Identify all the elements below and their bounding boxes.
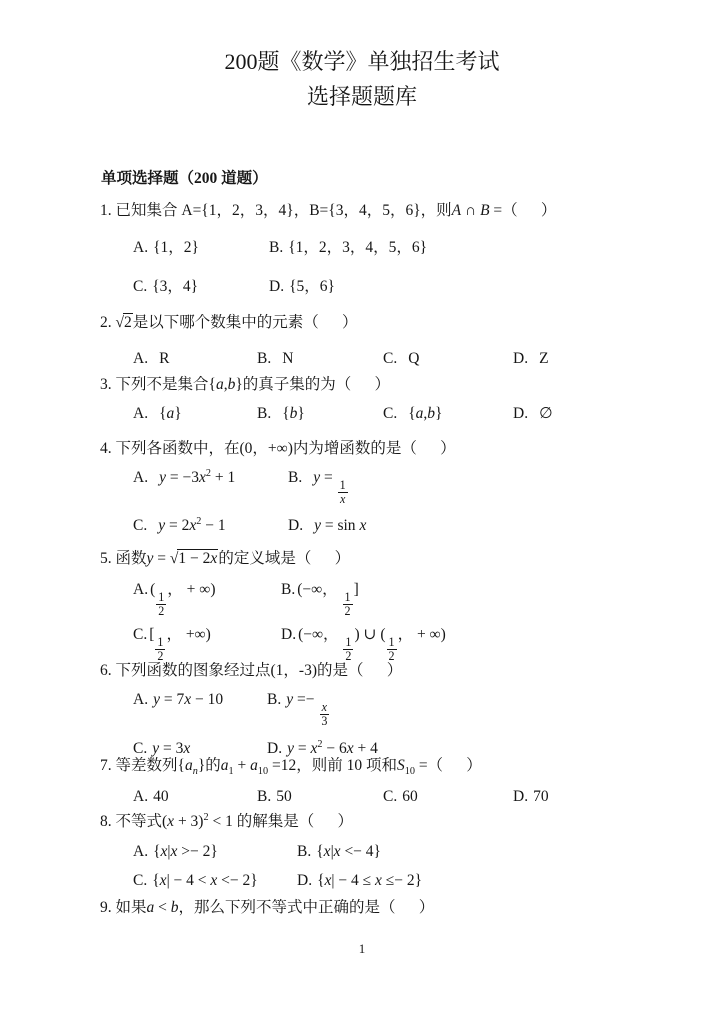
question-8-option-c: C.{x| − 4 < x <− 2}	[133, 870, 297, 892]
option-value: {1，2}	[153, 239, 199, 256]
question-8-options: A.{x|x >− 2} B.{x|x <− 4} C.{x| − 4 < x …	[133, 841, 422, 892]
question-1-option-b: B.{1，2，3，4，5，6}	[269, 237, 427, 259]
question-5-option-d: D.(−∞， 12) ∪ (12， + ∞)	[281, 624, 446, 663]
option-value: 60	[402, 788, 418, 805]
question-4-stem: 4. 下列各函数中，在(0，+∞)内为增函数的是（ ）	[100, 438, 456, 460]
option-value: y = −3x2 + 1	[159, 469, 235, 486]
question-2-option-b: B.N	[257, 348, 383, 370]
document-title-line2: 选择题题库	[0, 84, 724, 110]
question-2-option-d: D.Z	[513, 348, 549, 370]
question-4-option-a: A.y = −3x2 + 1	[133, 467, 288, 506]
option-value: (−∞， 12]	[297, 581, 359, 598]
question-1-option-a: A.{1，2}	[133, 237, 269, 259]
option-value: Q	[408, 350, 419, 367]
question-8-option-b: B.{x|x <− 4}	[297, 841, 422, 863]
section-header: 单项选择题（200 道题）	[101, 166, 268, 188]
question-8-option-a: A.{x|x >− 2}	[133, 841, 297, 863]
option-value: {b}	[282, 405, 305, 422]
question-9-stem: 9. 如果a < b，那么下列不等式中正确的是（ ）	[100, 897, 434, 919]
option-label: C.	[383, 350, 397, 367]
question-5-stem: 5. 函数y = √1 − 2x的定义域是（ ）	[100, 548, 350, 570]
option-label: A.	[133, 788, 148, 805]
question-5-option-b: B.(−∞， 12]	[281, 579, 446, 618]
option-label: B.	[297, 843, 311, 860]
option-value: Z	[539, 350, 548, 367]
option-label: C.	[133, 872, 147, 889]
option-label: D.	[288, 517, 303, 534]
question-1-stem: 1. 已知集合 A={1，2，3，4}，B={3，4，5，6}，则A ∩ B =…	[100, 200, 556, 222]
document-title-line1: 200题《数学》单独招生考试	[0, 49, 724, 75]
option-value: ∅	[539, 405, 553, 422]
question-3-option-c: C.{a,b}	[383, 403, 513, 425]
option-value: y = sin x	[314, 517, 366, 534]
option-label: C.	[133, 517, 147, 534]
option-value: {x| − 4 ≤ x ≤− 2}	[317, 872, 422, 889]
question-5-option-a: A.(12， + ∞)	[133, 579, 281, 618]
option-value: y = 2x2 − 1	[158, 517, 225, 534]
page-number: 1	[0, 941, 724, 957]
option-value: (12， + ∞)	[150, 581, 215, 598]
question-2-option-a: A.R	[133, 348, 257, 370]
option-label: B.	[288, 469, 302, 486]
option-value: 40	[153, 788, 169, 805]
question-3-option-a: A.{a}	[133, 403, 257, 425]
question-2-option-c: C.Q	[383, 348, 513, 370]
question-6-stem: 6. 下列函数的图象经过点(1，-3)的是（ ）	[100, 660, 402, 682]
question-4-option-d: D.y = sin x	[288, 515, 366, 537]
question-3-stem: 3. 下列不是集合{a,b}的真子集的为（ ）	[100, 374, 390, 396]
option-value: N	[282, 350, 293, 367]
option-value: {3，4}	[152, 278, 198, 295]
option-value: (−∞， 12) ∪ (12， + ∞)	[298, 626, 446, 643]
question-7-option-b: B.50	[257, 786, 383, 808]
option-label: B.	[257, 788, 271, 805]
question-7-options: A.40 B.50 C.60 D.70	[133, 786, 549, 808]
question-4-option-b: B.y = 1x	[288, 467, 366, 506]
question-4-option-c: C.y = 2x2 − 1	[133, 515, 288, 537]
option-label: A.	[133, 350, 148, 367]
option-label: C.	[133, 278, 147, 295]
option-label: A.	[133, 691, 148, 708]
option-label: B.	[257, 350, 271, 367]
question-1-options: A.{1，2} B.{1，2，3，4，5，6} C.{3，4} D.{5，6}	[133, 237, 427, 298]
question-1-option-d: D.{5，6}	[269, 276, 427, 298]
question-5-options: A.(12， + ∞) B.(−∞， 12] C.[12， +∞) D.(−∞，…	[133, 579, 446, 663]
option-value: 70	[533, 788, 549, 805]
exam-document-page: 200题《数学》单独招生考试 选择题题库 单项选择题（200 道题） 1. 已知…	[0, 0, 724, 1024]
option-label: D.	[297, 872, 312, 889]
option-label: A.	[133, 405, 148, 422]
option-label: B.	[267, 691, 281, 708]
option-label: C.	[383, 788, 397, 805]
question-6-option-b: B.y =− x3	[267, 689, 378, 728]
option-label: D.	[513, 405, 528, 422]
question-6-options: A.y = 7x − 10 B.y =− x3 C.y = 3x D.y = x…	[133, 689, 378, 760]
question-3-option-b: B.{b}	[257, 403, 383, 425]
question-2-options: A.R B.N C.Q D.Z	[133, 348, 549, 370]
option-label: B.	[269, 239, 283, 256]
option-label: C.	[383, 405, 397, 422]
option-value: [12， +∞)	[149, 626, 211, 643]
question-7-option-c: C.60	[383, 786, 513, 808]
option-label: A.	[133, 469, 148, 486]
option-label: B.	[281, 581, 295, 598]
question-3-option-d: D.∅	[513, 403, 553, 425]
option-value: {a,b}	[408, 405, 442, 422]
question-8-stem: 8. 不等式(x + 3)2 < 1 的解集是（ ）	[100, 811, 353, 833]
option-label: B.	[257, 405, 271, 422]
option-value: {1，2，3，4，5，6}	[288, 239, 427, 256]
option-label: D.	[269, 278, 284, 295]
question-5-option-c: C.[12， +∞)	[133, 624, 281, 663]
question-8-option-d: D.{x| − 4 ≤ x ≤− 2}	[297, 870, 422, 892]
question-1-option-c: C.{3，4}	[133, 276, 269, 298]
option-value: {a}	[159, 405, 182, 422]
option-label: D.	[281, 626, 296, 643]
option-label: D.	[513, 788, 528, 805]
option-label: D.	[513, 350, 528, 367]
option-value: R	[159, 350, 169, 367]
option-value: y = 1x	[313, 469, 348, 486]
question-3-options: A.{a} B.{b} C.{a,b} D.∅	[133, 403, 553, 425]
option-value: {x|x <− 4}	[316, 843, 381, 860]
question-6-option-a: A.y = 7x − 10	[133, 689, 267, 728]
question-7-stem: 7. 等差数列{an}的a1 + a10 =12，则前 10 项和S10 =（ …	[100, 755, 482, 777]
option-value: y = 7x − 10	[153, 691, 223, 708]
option-value: y =− x3	[286, 691, 330, 708]
option-label: A.	[133, 843, 148, 860]
option-label: A.	[133, 581, 148, 598]
option-value: {x|x >− 2}	[153, 843, 218, 860]
option-value: {5，6}	[289, 278, 335, 295]
option-value: 50	[276, 788, 292, 805]
option-label: C.	[133, 626, 147, 643]
question-2-stem: 2. √2是以下哪个数集中的元素（ ）	[100, 312, 358, 334]
question-7-option-a: A.40	[133, 786, 257, 808]
option-label: A.	[133, 239, 148, 256]
option-value: {x| − 4 < x <− 2}	[152, 872, 258, 889]
question-7-option-d: D.70	[513, 786, 549, 808]
question-4-options: A.y = −3x2 + 1 B.y = 1x C.y = 2x2 − 1 D.…	[133, 467, 366, 537]
